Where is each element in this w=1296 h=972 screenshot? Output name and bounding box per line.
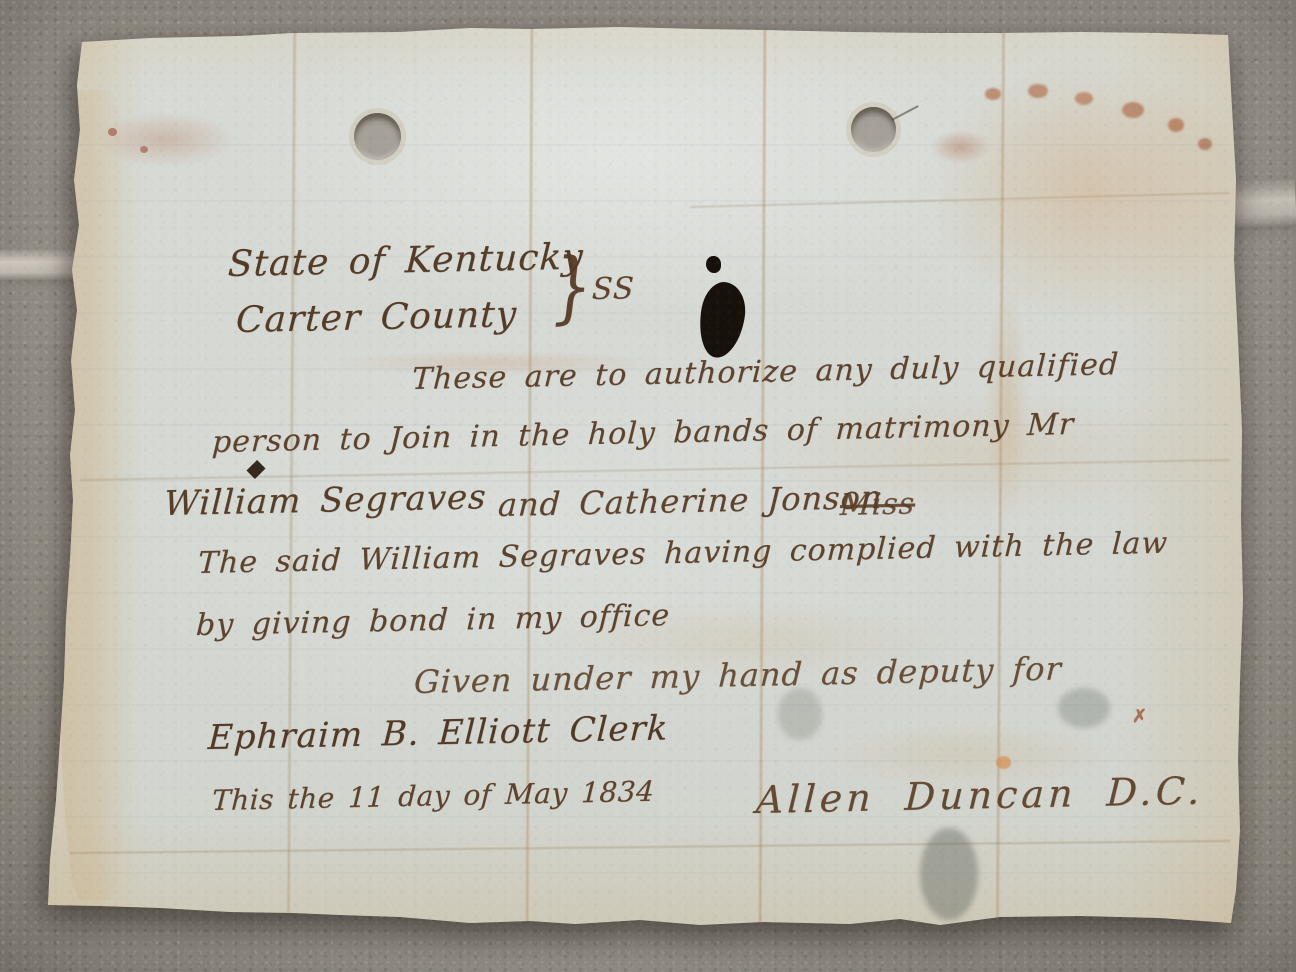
clerk-name-line: Ephraim B. Elliott Clerk (207, 708, 669, 758)
document-paper: ✗ State of Kentucky } SS Carter County T… (0, 0, 1296, 972)
x-mark: ✗ (1132, 706, 1148, 720)
ink-blot (694, 279, 749, 361)
diamond-spot (246, 460, 265, 479)
horizontal-crease (690, 191, 1230, 209)
stain (108, 128, 117, 136)
text-line-matrimony: person to Join in the holy bands of matr… (211, 407, 1075, 460)
text-line-complied: The said William Segraves having complie… (197, 526, 1169, 581)
text-line-state: State of Kentucky (227, 237, 585, 285)
text-line-given-under: Given under my hand as deputy for (413, 649, 1063, 701)
stain (1198, 138, 1212, 150)
stain (60, 90, 130, 900)
scratch-mark (891, 105, 918, 121)
signature-line: Allen Duncan D.C. (755, 769, 1205, 822)
stain (1122, 102, 1144, 118)
stain (95, 112, 235, 167)
text-line-bond: by giving bond in my office (195, 598, 671, 643)
paper-shadow: ✗ State of Kentucky } SS Carter County T… (0, 0, 1296, 972)
brace-mark: } (550, 242, 593, 333)
date-line: This the 11 day of May 1834 (211, 775, 655, 817)
stain (985, 88, 1001, 100)
smudge (1058, 688, 1110, 728)
stain (930, 55, 1250, 325)
stain (985, 280, 1029, 520)
bride-name: and Catherine Jonson (497, 478, 883, 524)
stain (930, 130, 990, 164)
stain (996, 756, 1011, 769)
photo-of-document: ✗ State of Kentucky } SS Carter County T… (0, 0, 1296, 972)
groom-name: William Segraves (163, 477, 488, 524)
horizontal-crease (80, 458, 1230, 482)
stain (1028, 84, 1048, 98)
smudge (778, 688, 822, 740)
horizontal-crease (70, 839, 1230, 855)
stain (1075, 92, 1093, 105)
text-line-authorize: These are to authorize any duly qualifie… (411, 347, 1120, 397)
struck-word: Miss (839, 486, 916, 523)
text-line-county: Carter County (235, 294, 518, 341)
ink-blot-dot (706, 256, 721, 273)
punch-hole-left (354, 113, 401, 160)
punch-hole-right (851, 107, 896, 152)
stain (140, 146, 148, 153)
stain (1168, 118, 1184, 132)
smudge (920, 828, 978, 920)
ss-mark: SS (591, 271, 635, 307)
